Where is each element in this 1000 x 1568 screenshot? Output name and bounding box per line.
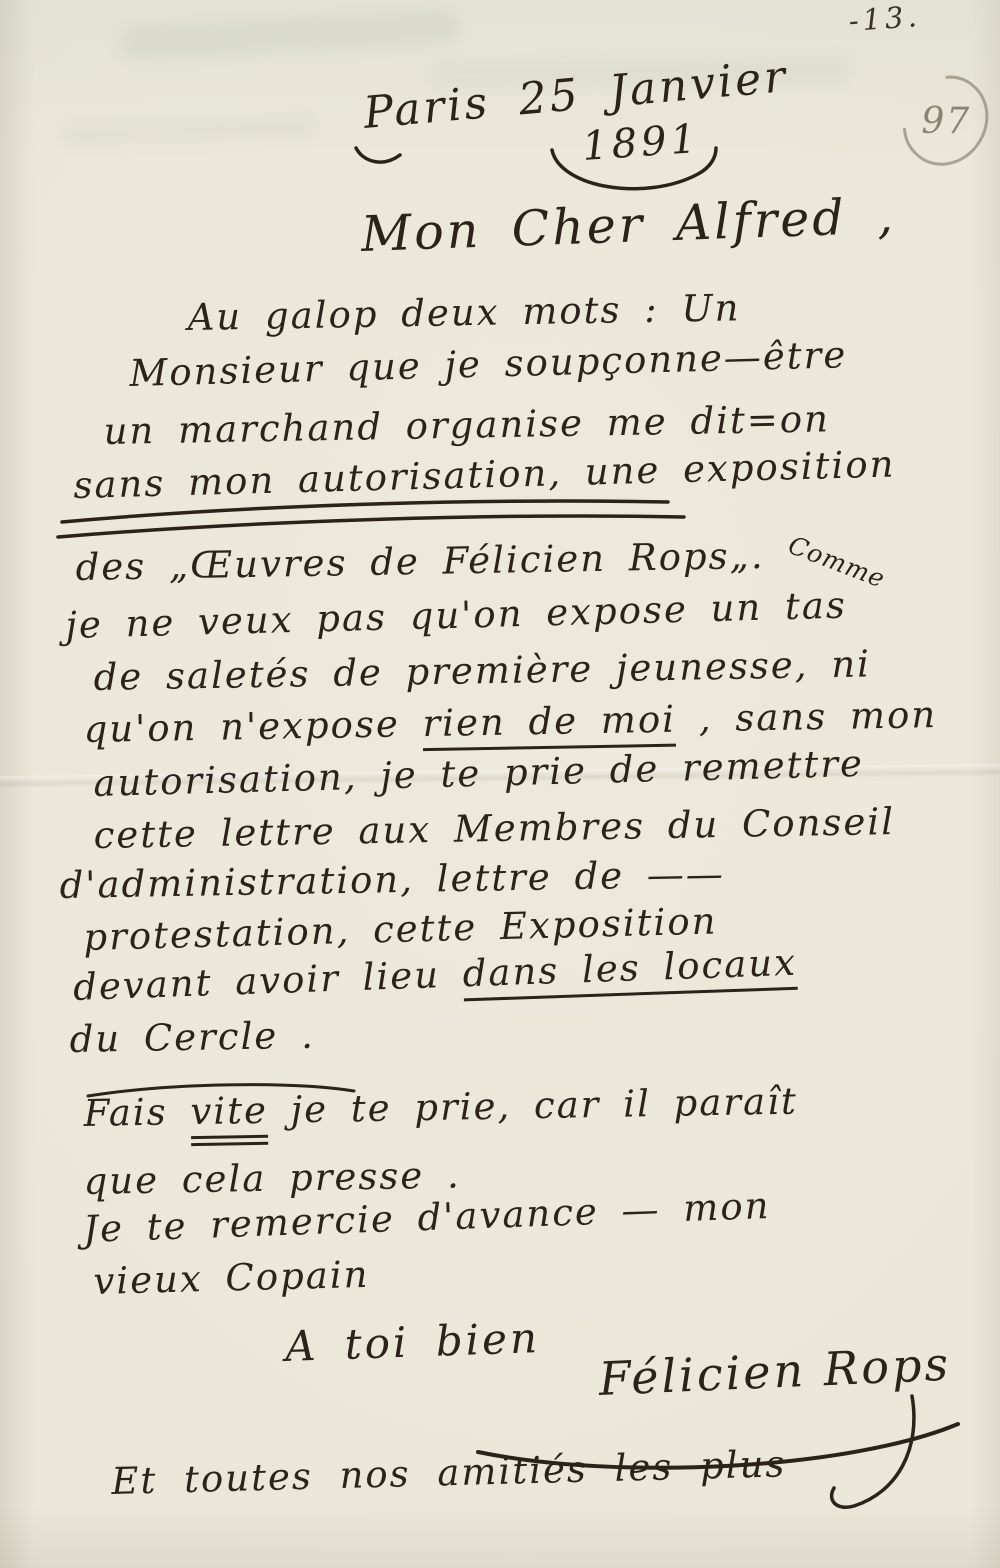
verso-bleedthrough [60, 115, 321, 146]
letter-text: des „Œuvres de Félicien Rops„. [75, 534, 765, 589]
letter-line: du Cercle . [69, 1014, 315, 1061]
letter-text: autorisation, je te prie de remettre [93, 742, 865, 805]
letter-text: que cela presse . [83, 1153, 461, 1203]
letter-line: d'administration, lettre de —— [59, 852, 725, 907]
paris-swash-stroke [356, 148, 400, 162]
letter-line-underlined-flourish: sans mon autorisation, une exposition [73, 442, 896, 507]
page-number-annotation: -13. [848, 0, 922, 38]
letter-text: cette lettre aux Membres du Conseil [93, 800, 895, 857]
letter-text: devant avoir lieu [72, 952, 463, 1009]
underlined-phrase: rien de moi [422, 698, 676, 751]
letter-text: sans mon autorisation, une exposition [73, 442, 896, 507]
letter-line: Monsieur que je soupçonne—être [129, 333, 848, 395]
letter-line: Au galop deux mots : Un [187, 286, 741, 339]
letter-text: qu'on n'expose [83, 702, 423, 751]
verso-bleedthrough [119, 9, 460, 61]
dateline-year: 1891 [581, 116, 702, 170]
letter-text: d'administration, lettre de —— [59, 852, 725, 907]
letter-text: un marchand organise me dit=on [103, 397, 830, 453]
letter-text: vieux Copain [93, 1253, 370, 1303]
postscript: Et toutes nos amitiés les plus [111, 1442, 787, 1503]
letter-line: vieux Copain [93, 1253, 370, 1303]
letter-text: je ne veux pas qu'on expose un tas [65, 584, 847, 647]
signature-tail-stroke [832, 1396, 914, 1507]
signature: Félicien Rops [598, 1337, 952, 1406]
letter-line: un marchand organise me dit=on [103, 397, 830, 453]
double-underline-stroke-2 [58, 516, 684, 537]
valediction: A toi bien [284, 1313, 540, 1371]
letter-text: de saletés de première jeunesse, ni [93, 642, 871, 699]
letter-line: je ne veux pas qu'on expose un tas [65, 584, 847, 647]
letter-sheet: -13. 97 Paris 25 Janvier 1891 Mon Cher A… [0, 0, 1000, 1568]
letter-text: Au galop deux mots : Un [187, 286, 741, 339]
letter-line: autorisation, je te prie de remettre [93, 742, 865, 805]
double-underlined-word: vite [190, 1089, 268, 1146]
pencil-inventory-circle: 97 [885, 59, 1000, 182]
inventory-number: 97 [921, 101, 971, 142]
underlined-phrase: dans les locaux [462, 941, 798, 1002]
salutation: Mon Cher Alfred , [360, 187, 897, 263]
letter-line: cette lettre aux Membres du Conseil [93, 800, 895, 857]
letter-text: Monsieur que je soupçonne—être [129, 333, 848, 395]
letter-line: Fais vite je te prie, car il paraît [83, 1080, 798, 1135]
letter-text: je te prie, car il paraît [268, 1080, 799, 1132]
letter-line: des „Œuvres de Félicien Rops„. Comme [75, 532, 889, 589]
letter-text: , sans mon [676, 693, 938, 741]
letter-line: que cela presse . [83, 1153, 461, 1203]
letter-line: de saletés de première jeunesse, ni [93, 642, 871, 699]
letter-text: du Cercle . [69, 1014, 315, 1061]
letter-text: Fais [83, 1090, 191, 1135]
